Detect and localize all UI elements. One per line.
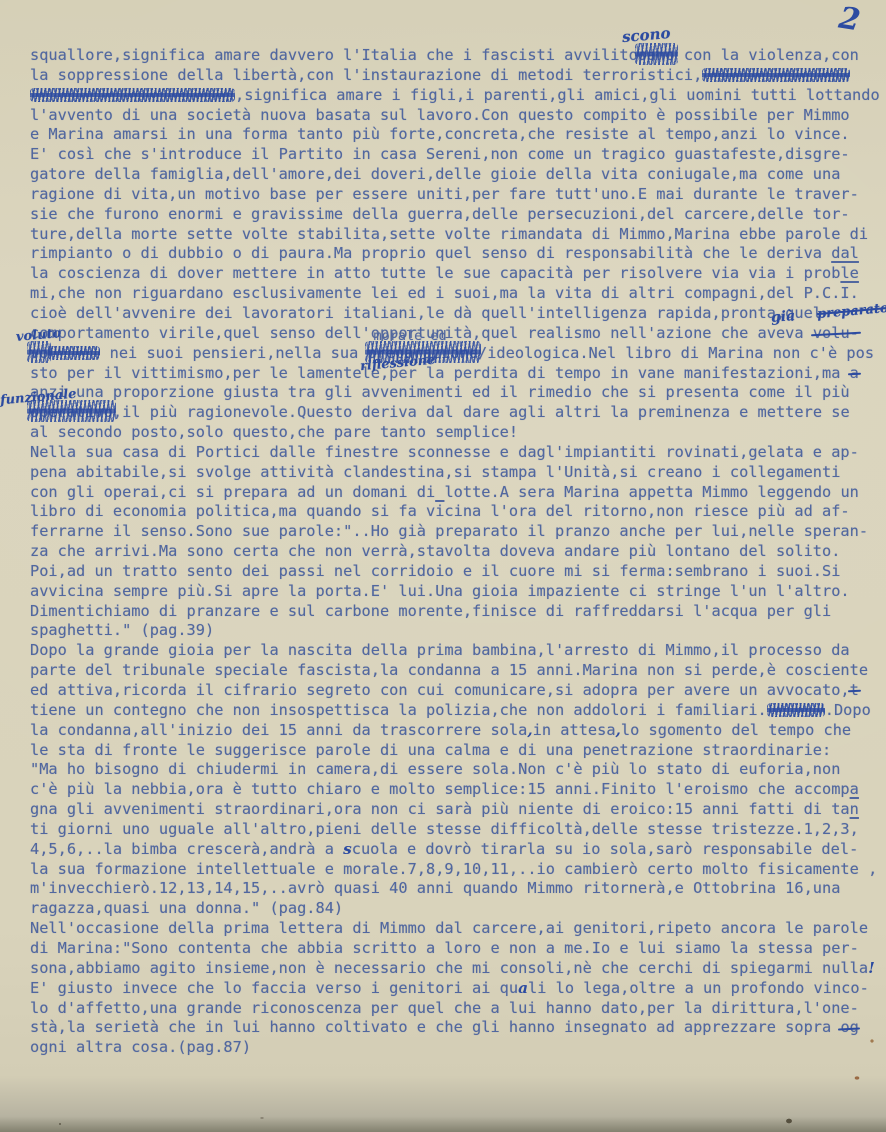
handwritten-insert: a (518, 979, 528, 997)
typed-text: za che arrivi.Ma sono certa che non verr… (30, 542, 840, 560)
typed-text: in attesa (533, 721, 616, 739)
text-line: la coscienza di dover mettere in atto tu… (30, 264, 882, 284)
text-line: m'invecchierò.12,13,14,15,..avrò quasi 4… (30, 879, 882, 899)
text-line: gna gli avvenimenti straordinari,ora non… (30, 800, 882, 820)
typed-text: c'è più la nebbia,ora è tutto chiaro e m… (30, 780, 850, 798)
handwritten-annotation: funzionale (0, 388, 77, 408)
typed-text: ture,della morte sette volte stabilita,s… (30, 225, 868, 243)
typed-text: con gli operai,ci si prepara ad un doman… (30, 483, 435, 501)
typed-text: ,il più ragionevole.Questo deriva dal da… (113, 403, 850, 421)
text-line: sie che furono enormi e gravissime della… (30, 205, 882, 225)
text-line: squallore,significa amare davvero l'Ital… (30, 46, 882, 66)
struck-out-typed-text: og (840, 1018, 858, 1036)
typed-text: Nell'occasione della prima lettera di Mi… (30, 919, 868, 937)
typed-text: ferrarne il senso.Sono sue parole:"..Ho … (30, 522, 868, 540)
handwritten-annotation: già (770, 309, 795, 325)
typed-text: le sta di fronte le suggerisce parole di… (30, 741, 831, 759)
ink-scribble (48, 346, 100, 360)
typed-text: al secondo posto,solo questo,che pare ta… (30, 423, 518, 441)
typed-text: rimpianto o di dubbio o di paura.Ma prop… (30, 244, 831, 262)
typed-text: parte del tribunale speciale fascista,la… (30, 661, 868, 679)
underscored-typed-text: n (850, 800, 859, 818)
text-line: ogni altra cosa.(pag.87) (30, 1038, 882, 1058)
underscored-typed-text: dal (831, 244, 859, 262)
text-line: Dopo la grande gioia per la nascita dell… (30, 641, 882, 661)
text-line: sto per il vittimismo,per le lamentele,p… (30, 364, 882, 384)
typed-text: E' così che s'introduce il Partito in ca… (30, 145, 850, 163)
typed-text: "Ma ho bisogno di chiudermi in camera,di… (30, 760, 840, 778)
typed-text: gna gli avvenimenti straordinari,ora non… (30, 800, 850, 818)
typed-text: squallore,significa amare davvero l'Ital… (30, 46, 638, 64)
text-line: la condanna,all'inizio dei 15 anni da tr… (30, 721, 882, 741)
typed-text: Nella sua casa di Portici dalle finestre… (30, 443, 859, 461)
typed-text: sona,abbiamo agito insieme,non è necessa… (30, 959, 868, 977)
typed-text: ogni altra cosa.(pag.87) (30, 1038, 251, 1056)
text-line: operativofunzionale,il più ragionevole.Q… (30, 403, 882, 423)
typed-text: mi,che non riguardano esclusivamente lei… (30, 284, 859, 302)
typed-text: ti giorni uno uguale all'altro,pieni del… (30, 820, 859, 838)
text-line: parte del tribunale speciale fascista,la… (30, 661, 882, 681)
typescript-page: 2 squallore,significa amare davvero l'It… (0, 0, 886, 1132)
typed-text: la sua formazione intellettuale e morale… (30, 860, 877, 878)
typed-text: spaghetti." (pag.39) (30, 621, 214, 639)
struck-out-typed-text: a (850, 364, 859, 382)
typed-text: /ideologica.Nel libro di Marina non c'è … (478, 344, 874, 362)
handwritten-page-number: 2 (838, 8, 862, 31)
typed-text: gatore della famiglia,dell'amore,dei dov… (30, 165, 840, 183)
text-line: c'è più la nebbia,ora è tutto chiaro e m… (30, 780, 882, 800)
typed-text: .Dopo (825, 701, 871, 719)
typed-text: sie che furono enormi e gravissime della… (30, 205, 850, 223)
typed-text: Dopo la grande gioia per la nascita dell… (30, 641, 850, 659)
typed-text: ,significa amare i figli,i parenti,gli a… (235, 86, 886, 104)
handwritten-insert: , (527, 721, 532, 739)
text-line: Poi,ad un tratto sento dei passi nel cor… (30, 562, 882, 582)
text-line: E' così che s'introduce il Partito in ca… (30, 145, 882, 165)
typed-text: Dimentichiamo di pranzare e sul carbone … (30, 602, 831, 620)
typed-text: E' giusto invece che lo faccia verso i g… (30, 979, 518, 997)
text-line: la sua formazione intellettuale e morale… (30, 860, 882, 880)
typed-text: ragazza,quasi una donna." (pag.84) (30, 899, 343, 917)
text-line: Nell'occasione della prima lettera di Mi… (30, 919, 882, 939)
text-line: di Marina:"Sono contenta che abbia scrit… (30, 939, 882, 959)
text-line: anzi una proporzione giusta tra gli avve… (30, 383, 882, 403)
typed-text: nei suoi pensieri,nella sua (100, 344, 367, 362)
text-line: Nella sua casa di Portici dalle finestre… (30, 443, 882, 463)
handwritten-insert: s (343, 840, 352, 858)
text-line: lo d'affetto,una grande riconoscenza per… (30, 999, 882, 1019)
typed-text: sto per il vittimismo,per le lamentele,p… (30, 364, 850, 382)
typed-text: pena abitabile,si svolge attività clande… (30, 463, 840, 481)
handwritten-insert: ! (868, 959, 875, 977)
typed-insertion-above-line: morale ed (374, 330, 447, 344)
text-line: ,significa amare i figli,i parenti,gli a… (30, 86, 882, 106)
scribbled-out-word: oanoscono (638, 46, 675, 64)
typed-text: ragione di vita,un motivo base per esser… (30, 185, 859, 203)
text-line: ti giorni uno uguale all'altro,pieni del… (30, 820, 882, 840)
ink-scribble (767, 703, 825, 717)
typed-text: lotte.A sera Marina appetta Mimmo leggen… (444, 483, 858, 501)
typed-text: lo d'affetto,una grande riconoscenza per… (30, 999, 859, 1017)
text-line: vovoluto nei suoi pensieri,nella sua pre… (30, 344, 882, 364)
text-line: ed attiva,ricorda il cifrario segreto co… (30, 681, 882, 701)
text-line: mi,che non riguardano esclusivamente lei… (30, 284, 882, 304)
typed-text: anzi una proporzione giusta tra gli avve… (30, 383, 850, 401)
text-line: sona,abbiamo agito insieme,non è necessa… (30, 959, 882, 979)
struck-out-typed-text: volu-giàpreparato (813, 324, 859, 342)
typed-text: la soppressione della libertà,con l'inst… (30, 66, 702, 84)
text-line: tiene un contegno che non insospettisca … (30, 701, 882, 721)
typed-text: li lo lega,oltre a un profondo vinco- (528, 979, 869, 997)
text-line: Dimentichiamo di pranzare e sul carbone … (30, 602, 882, 622)
text-line: "Ma ho bisogno di chiudermi in camera,di… (30, 760, 882, 780)
text-line: al secondo posto,solo questo,che pare ta… (30, 423, 882, 443)
typescript-lines: squallore,significa amare davvero l'Ital… (30, 46, 882, 1058)
text-line: cioè dell'avvenire dei lavoratori italia… (30, 304, 882, 324)
typed-text: con la violenza,con (675, 46, 859, 64)
typed-text: e Marina amarsi in una forma tanto più f… (30, 125, 850, 143)
scribbled-out-word: operativofunzionale (30, 403, 113, 421)
text-line: con gli operai,ci si prepara ad un doman… (30, 483, 882, 503)
typed-text: libro di economia politica,ma quando si … (30, 502, 850, 520)
ink-scribble (702, 68, 850, 82)
text-line: ragazza,quasi una donna." (pag.84) (30, 899, 882, 919)
text-line: e Marina amarsi in una forma tanto più f… (30, 125, 882, 145)
typed-text: lo sgomento del tempo che (621, 721, 851, 739)
typed-text: l'avvento di una società nuova basata su… (30, 106, 850, 124)
text-line: E' giusto invece che lo faccia verso i g… (30, 979, 882, 999)
typed-text: m'invecchierò.12,13,14,15,..avrò quasi 4… (30, 879, 840, 897)
text-line: gatore della famiglia,dell'amore,dei dov… (30, 165, 882, 185)
typed-text: tiene un contegno che non insospettisca … (30, 701, 767, 719)
text-line: pena abitabile,si svolge attività clande… (30, 463, 882, 483)
typed-text: 4,5,6,..la bimba crescerà,andrà a (30, 840, 343, 858)
typed-text: avvicina sempre più.Si apre la porta.E' … (30, 582, 850, 600)
underscored-typed-text: a (850, 780, 859, 798)
text-line: stà,la serietà che in lui hanno coltivat… (30, 1018, 882, 1038)
text-line: ragione di vita,un motivo base per esser… (30, 185, 882, 205)
typed-text: di Marina:"Sono contenta che abbia scrit… (30, 939, 859, 957)
typed-text: la coscienza di dover mettere in atto tu… (30, 264, 840, 282)
typed-text: cioè dell'avvenire dei lavoratori italia… (30, 304, 822, 322)
text-line: le sta di fronte le suggerisce parole di… (30, 741, 882, 761)
handwritten-annotation: voluto (16, 327, 62, 344)
scribbled-out-word: vovoluto (30, 344, 48, 362)
text-line: rimpianto o di dubbio o di paura.Ma prop… (30, 244, 882, 264)
text-line: ture,della morte sette volte stabilita,s… (30, 225, 882, 245)
text-line: la soppressione della libertà,con l'inst… (30, 66, 882, 86)
text-line: spaghetti." (pag.39) (30, 621, 882, 641)
ink-scribble (30, 88, 235, 102)
typed-text: ed attiva,ricorda il cifrario segreto co… (30, 681, 850, 699)
typed-text: la condanna,all'inizio dei 15 anni da tr… (30, 721, 527, 739)
text-line: 4,5,6,..la bimba crescerà,andrà a scuola… (30, 840, 882, 860)
typed-text: cuola e dovrò tirarla su io sola,sarò re… (352, 840, 859, 858)
scribbled-out-word: preparazionemorale edriflessione (368, 344, 479, 362)
text-line: libro di economia politica,ma quando si … (30, 502, 882, 522)
typed-text: Poi,ad un tratto sento dei passi nel cor… (30, 562, 840, 580)
text-line: avvicina sempre più.Si apre la porta.E' … (30, 582, 882, 602)
handwritten-annotation: scono (621, 26, 671, 45)
typed-text: stà,la serietà che in lui hanno coltivat… (30, 1018, 840, 1036)
underscored-typed-text: le (840, 264, 858, 282)
struck-out-typed-text: t (850, 681, 859, 699)
text-line: za che arrivi.Ma sono certa che non verr… (30, 542, 882, 562)
text-line: ferrarne il senso.Sono sue parole:"..Ho … (30, 522, 882, 542)
text-line: l'avvento di una società nuova basata su… (30, 106, 882, 126)
